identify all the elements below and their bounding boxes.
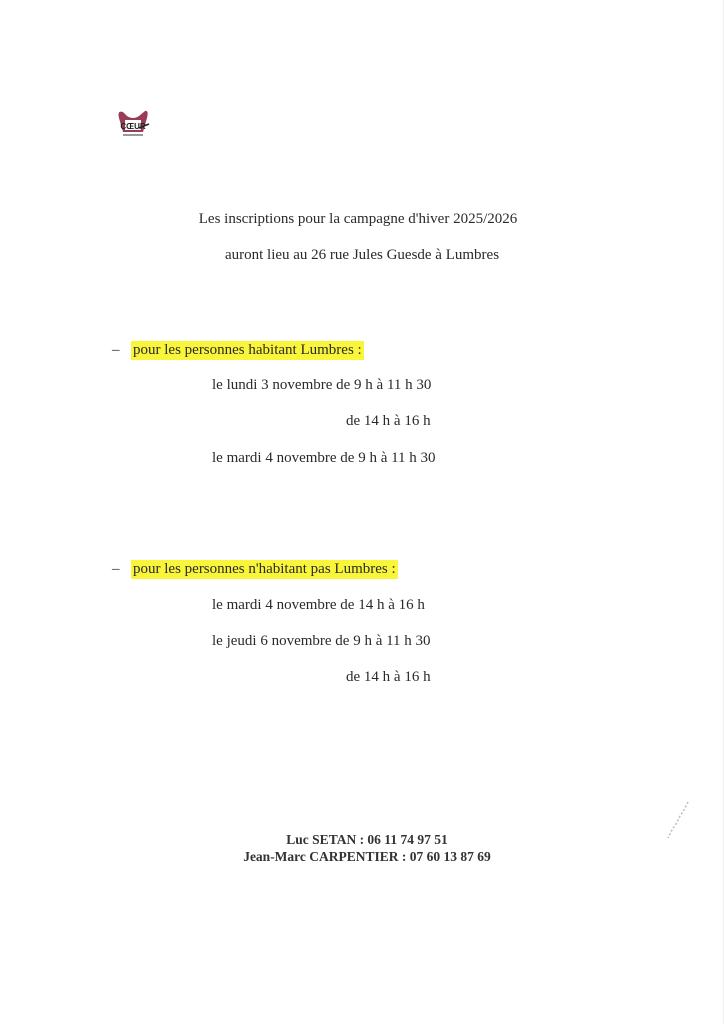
- section-1-title: pour les personnes habitant Lumbres :: [131, 341, 364, 360]
- section-1-slot-3: le mardi 4 novembre de 9 h à 11 h 30: [212, 450, 436, 467]
- section-2-title: pour les personnes n'habitant pas Lumbre…: [131, 560, 398, 579]
- section-2-slot-2: le jeudi 6 novembre de 9 h à 11 h 30: [212, 633, 431, 650]
- header-line-2: auront lieu au 26 rue Jules Guesde à Lum…: [0, 247, 724, 264]
- section-1-slot-2: de 14 h à 16 h: [346, 413, 431, 430]
- section-1-slot-1: le lundi 3 novembre de 9 h à 11 h 30: [212, 377, 431, 394]
- contact-1: Luc SETAN : 06 11 74 97 51: [0, 832, 724, 848]
- section-1-bullet: –: [112, 342, 120, 359]
- section-2-slot-3: de 14 h à 16 h: [346, 669, 431, 686]
- association-logo-icon: CŒUR: [113, 108, 153, 144]
- document-page: [0, 0, 724, 1024]
- contact-2: Jean-Marc CARPENTIER : 07 60 13 87 69: [0, 849, 724, 865]
- header-line-1: Les inscriptions pour la campagne d'hive…: [0, 211, 720, 228]
- section-2-bullet: –: [112, 561, 120, 578]
- pen-mark-icon: [664, 800, 692, 840]
- section-2-slot-1: le mardi 4 novembre de 14 h à 16 h: [212, 597, 425, 614]
